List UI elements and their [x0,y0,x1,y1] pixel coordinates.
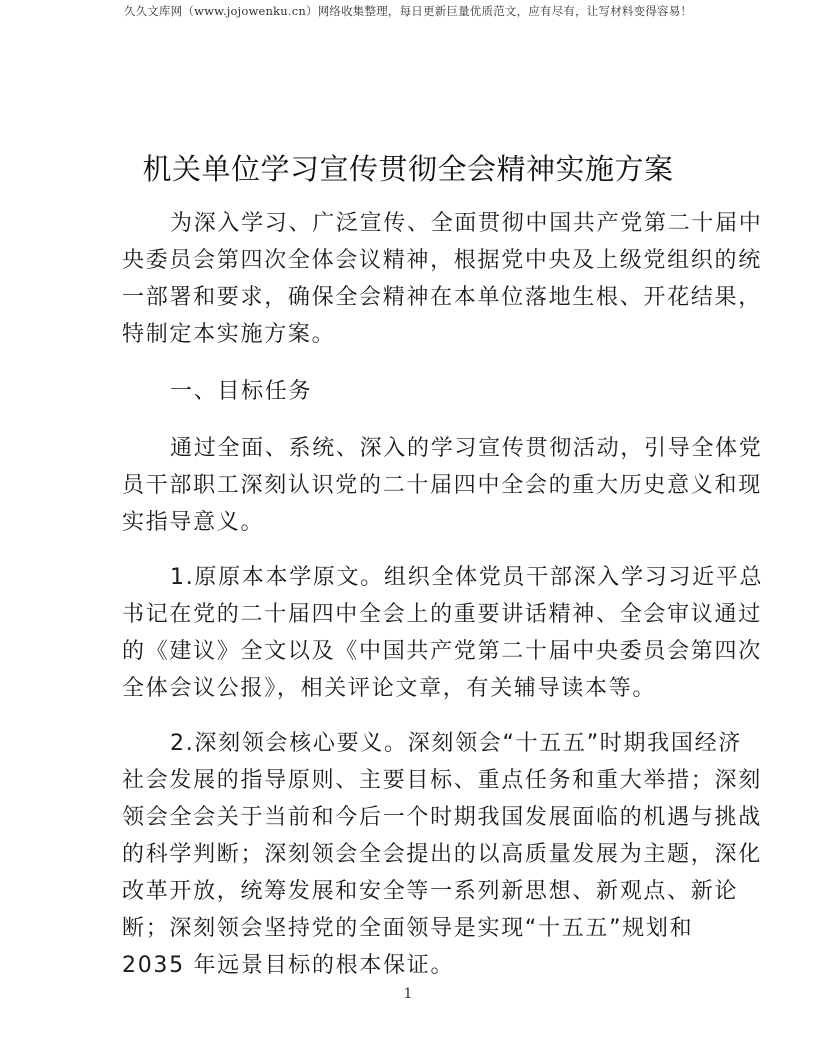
text-line: 的科学判断；深刻领会全会提出的以高质量发展为主题，深化 [122,836,700,873]
text-line: 通过全面、系统、深入的学习宣传贯彻活动，引导全体党 [122,430,700,467]
intro-paragraph: 为深入学习、广泛宣传、全面贯彻中国共产党第二十届中 央委员会第四次全体会议精神，… [122,205,700,353]
document-body: 为深入学习、广泛宣传、全面贯彻中国共产党第二十届中 央委员会第四次全体会议精神，… [122,205,700,984]
text-line: 书记在党的二十届四中全会上的重要讲话精神、全会审议通过 [122,596,700,633]
document-title: 机关单位学习宣传贯彻全会精神实施方案 [0,147,816,188]
text-line: 特制定本实施方案。 [122,316,700,353]
text-line: 2.深刻领会核心要义。深刻领会“十五五”时期我国经济 [122,725,700,762]
text-line: 一部署和要求，确保全会精神在本单位落地生根、开花结果， [122,279,700,316]
spacer [122,541,700,559]
spacer [122,410,700,430]
text-line: 断；深刻领会坚持党的全面领导是实现“十五五”规划和 [122,910,700,947]
text-line: 央委员会第四次全体会议精神，根据党中央及上级党组织的统 [122,242,700,279]
text-line: 领会全会关于当前和今后一个时期我国发展面临的机遇与挑战 [122,799,700,836]
text-line: 2035 年远景目标的根本保证。 [122,947,700,984]
spacer [122,707,700,725]
item-2-paragraph: 2.深刻领会核心要义。深刻领会“十五五”时期我国经济 社会发展的指导原则、主要目… [122,725,700,984]
text-line: 改革开放，统筹发展和安全等一系列新思想、新观点、新论 [122,873,700,910]
text-line: 实指导意义。 [122,504,700,541]
text-line: 社会发展的指导原则、主要目标、重点任务和重大举措；深刻 [122,762,700,799]
objectives-paragraph: 通过全面、系统、深入的学习宣传贯彻活动，引导全体党 员干部职工深刻认识党的二十届… [122,430,700,541]
item-1-paragraph: 1.原原本本学原文。组织全体党员干部深入学习习近平总 书记在党的二十届四中全会上… [122,559,700,707]
text-line: 员干部职工深刻认识党的二十届四中全会的重大历史意义和现 [122,467,700,504]
page-number: 1 [0,986,816,1002]
text-line: 1.原原本本学原文。组织全体党员干部深入学习习近平总 [122,559,700,596]
text-line: 一、目标任务 [122,373,700,410]
text-line: 全体会议公报》，相关评论文章，有关辅导读本等。 [122,670,700,707]
section-heading-objectives: 一、目标任务 [122,373,700,410]
text-line: 为深入学习、广泛宣传、全面贯彻中国共产党第二十届中 [122,205,700,242]
header-watermark-note: 久久文库网（www.jojowenku.cn）网络收集整理，每日更新巨量优质范文… [0,3,816,19]
text-line: 的《建议》全文以及《中国共产党第二十届中央委员会第四次 [122,633,700,670]
spacer [122,353,700,373]
